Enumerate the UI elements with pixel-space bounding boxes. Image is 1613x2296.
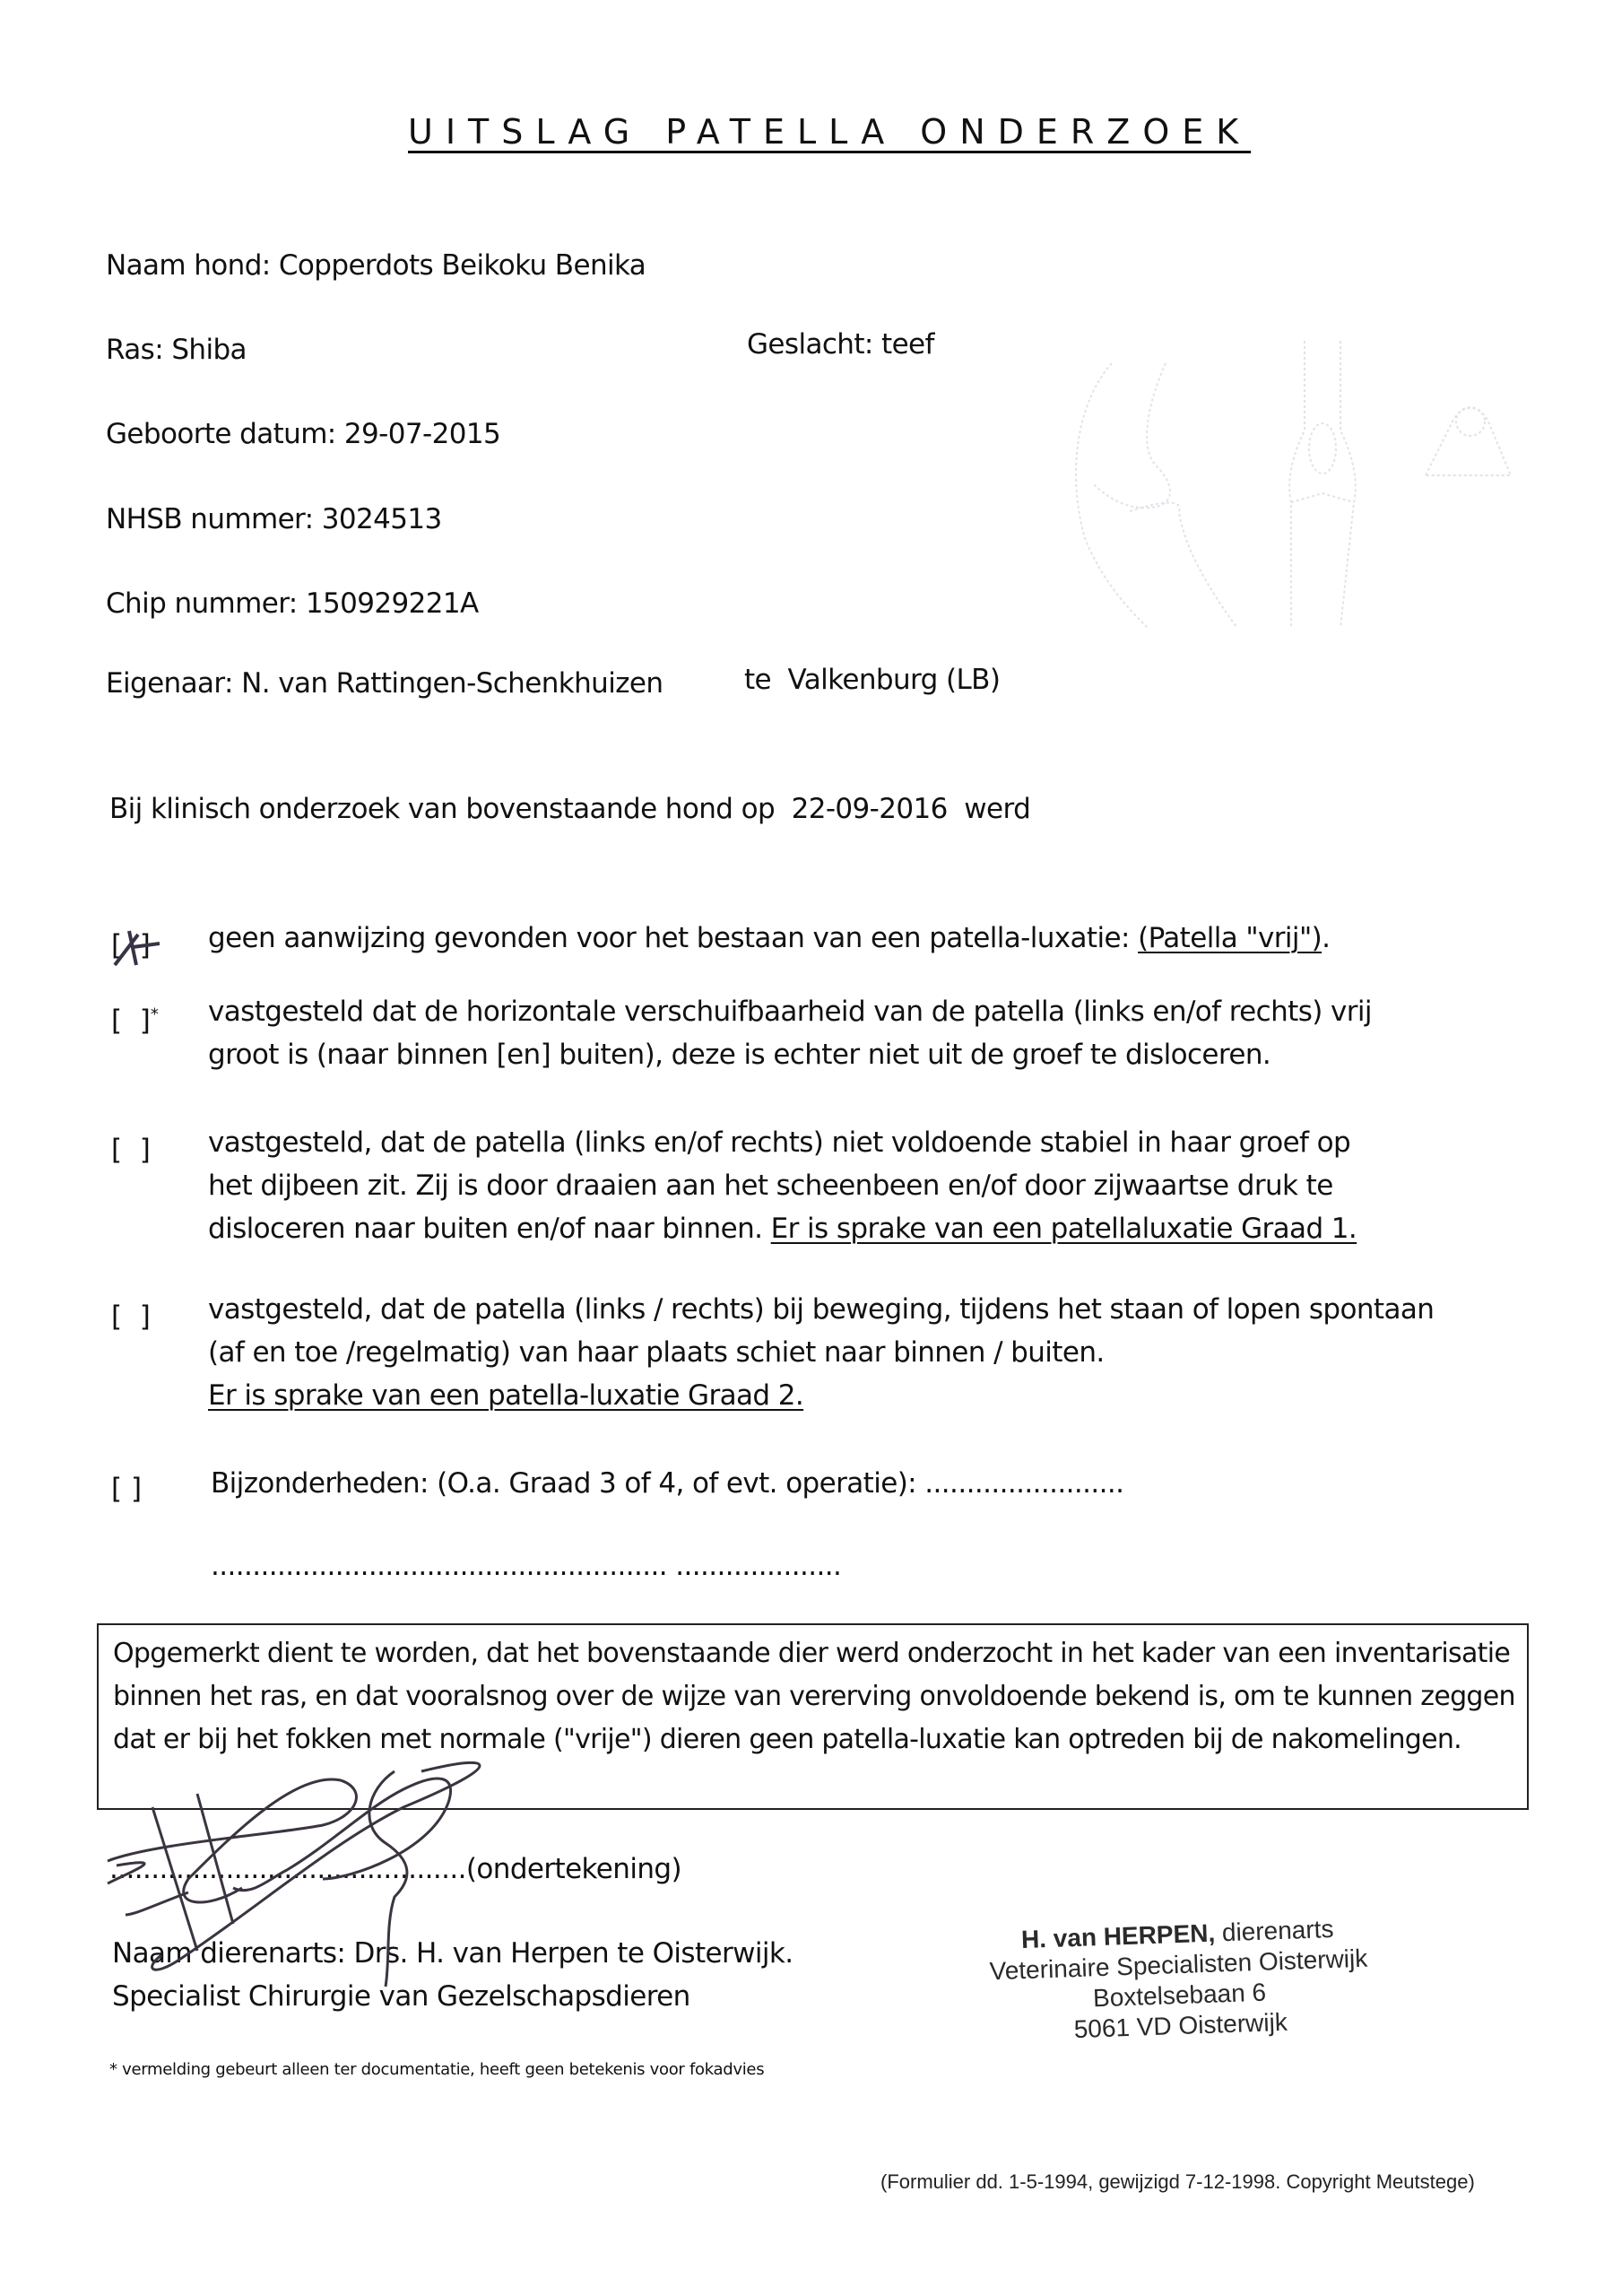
sex-field: Geslacht: teef	[747, 328, 934, 361]
form-info: (Formulier dd. 1-5-1994, gewijzigd 7-12-…	[880, 2170, 1475, 2194]
note-text: Opgemerkt dient te worden, dat het boven…	[113, 1632, 1521, 1761]
owner-value: N. van Rattingen-Schenkhuizen	[241, 667, 663, 700]
graad-1-underlined: Er is sprake van een patellaluxatie Graa…	[771, 1213, 1357, 1245]
checkmark-cross-icon	[111, 929, 160, 969]
document-title: UITSLAG PATELLA ONDERZOEK	[408, 112, 1251, 152]
owner-label: Eigenaar:	[106, 667, 233, 700]
option-2-checkbox[interactable]: [ ]*	[111, 1004, 159, 1037]
exam-intro-suffix: werd	[964, 793, 1030, 825]
breed-label: Ras:	[106, 334, 163, 366]
birth-date-label: Geboorte datum:	[106, 418, 336, 450]
dog-name-value: Copperdots Beikoku Benika	[279, 249, 646, 282]
option-5-text: Bijzonderheden: (O.a. Graad 3 of 4, of e…	[211, 1467, 1123, 1500]
owner-place: te Valkenburg (LB)	[744, 664, 1000, 696]
sex-label: Geslacht:	[747, 328, 873, 361]
handwritten-signature-icon	[99, 1753, 672, 2013]
patella-vrij-underlined: (Patella "vrij")	[1138, 922, 1322, 954]
chip-number-field: Chip nummer: 150929221A	[106, 587, 479, 620]
option-4-checkbox[interactable]: [ ]	[111, 1300, 151, 1333]
sex-value: teef	[881, 328, 934, 361]
particulars-dots-line-2[interactable]: ........................................…	[211, 1550, 841, 1582]
exam-intro-text: Bij klinisch onderzoek van bovenstaande …	[109, 793, 775, 825]
birth-date-value: 29-07-2015	[344, 418, 500, 450]
option-3-checkbox[interactable]: [ ]	[111, 1134, 151, 1166]
vet-stamp: H. van HERPEN, dierenarts Veterinaire Sp…	[944, 1911, 1414, 2049]
footnote: * vermelding gebeurt alleen ter document…	[109, 2060, 764, 2079]
nhsb-number-value: 3024513	[322, 503, 442, 535]
knee-anatomy-sketch-icon	[1049, 332, 1515, 628]
chip-number-value: 150929221A	[306, 587, 479, 620]
option-3-text: vastgesteld, dat de patella (links en/of…	[208, 1121, 1357, 1250]
option-2-text: vastgesteld dat de horizontale verschuif…	[208, 990, 1372, 1076]
owner-place-value: Valkenburg (LB)	[788, 664, 1001, 696]
birth-date-field: Geboorte datum: 29-07-2015	[106, 418, 500, 450]
breed-field: Ras: Shiba	[106, 334, 247, 366]
particulars-dots-line-1[interactable]: ........................	[924, 1467, 1123, 1500]
option-1-text: geen aanwijzing gevonden voor het bestaa…	[208, 922, 1330, 954]
nhsb-number-field: NHSB nummer: 3024513	[106, 503, 442, 535]
exam-date: 22-09-2016	[792, 793, 948, 825]
option-5-checkbox[interactable]: [ ]	[111, 1473, 142, 1505]
option-4-text: vastgesteld, dat de patella (links / rec…	[208, 1288, 1434, 1417]
chip-number-label: Chip nummer:	[106, 587, 298, 620]
dog-name-label: Naam hond:	[106, 249, 271, 282]
exam-intro: Bij klinisch onderzoek van bovenstaande …	[109, 793, 1030, 825]
graad-2-underlined: Er is sprake van een patella-luxatie Gra…	[208, 1379, 803, 1412]
nhsb-number-label: NHSB nummer:	[106, 503, 314, 535]
breed-value: Shiba	[171, 334, 247, 366]
dog-name-field: Naam hond: Copperdots Beikoku Benika	[106, 249, 646, 282]
owner-field: Eigenaar: N. van Rattingen-Schenkhuizen	[106, 667, 663, 700]
owner-place-prefix: te	[744, 664, 771, 696]
